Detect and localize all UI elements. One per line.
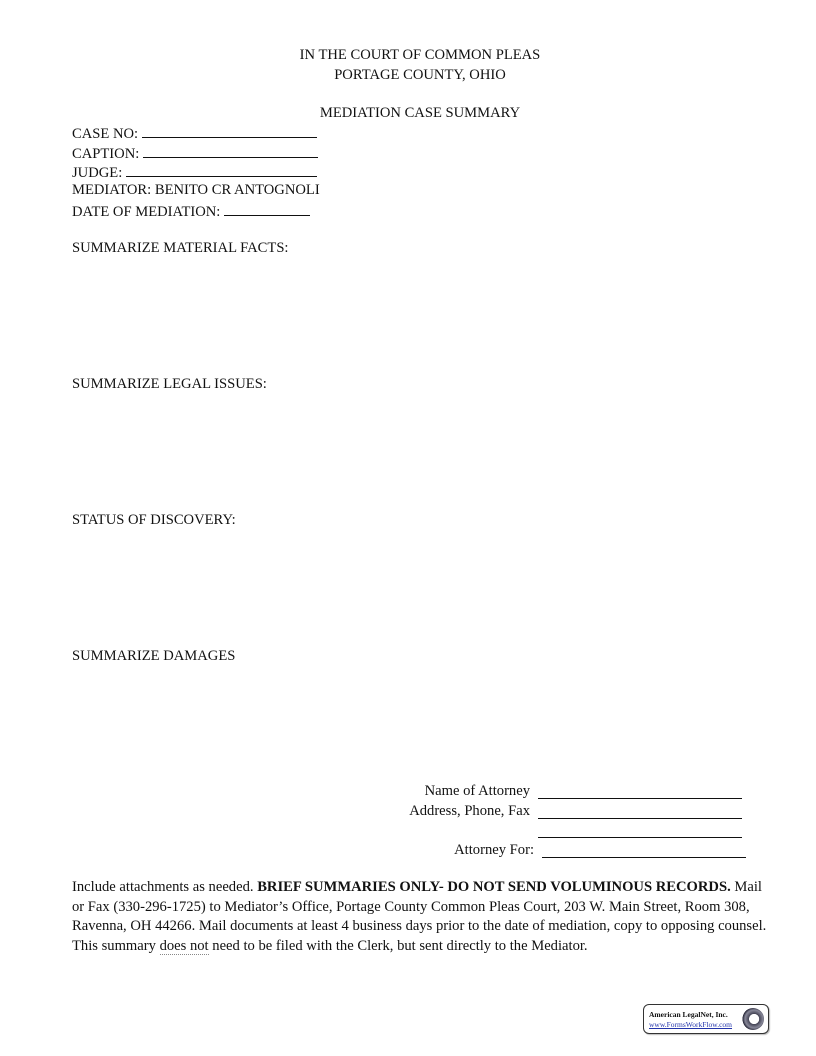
attorney-address-input-line2[interactable] <box>538 825 742 838</box>
case-number-input[interactable] <box>142 125 317 138</box>
county-name: PORTAGE COUNTY, OHIO <box>0 68 816 83</box>
footer-badge[interactable]: American LegalNet, Inc. www.FormsWorkFlo… <box>643 1004 769 1034</box>
caption-label: CAPTION: <box>72 146 139 162</box>
section-damages-heading: SUMMARIZE DAMAGES <box>72 649 235 664</box>
attorney-for-input[interactable] <box>542 845 746 858</box>
section-material-facts-heading: SUMMARIZE MATERIAL FACTS: <box>72 241 289 256</box>
instructions-paragraph: Include attachments as needed. BRIEF SUM… <box>72 878 772 956</box>
form-title: MEDIATION CASE SUMMARY <box>0 106 816 121</box>
caption-input[interactable] <box>143 145 318 158</box>
badge-company-name: American LegalNet, Inc. <box>649 1010 728 1019</box>
instructions-warning: BRIEF SUMMARIES ONLY- DO NOT SEND VOLUMI… <box>257 879 731 895</box>
attorney-address-input[interactable] <box>538 806 742 819</box>
section-discovery-heading: STATUS OF DISCOVERY: <box>72 513 236 528</box>
court-name: IN THE COURT OF COMMON PLEAS <box>0 48 816 63</box>
globe-logo-icon <box>742 1008 764 1030</box>
attorney-for-label: Attorney For: <box>380 843 534 858</box>
section-legal-issues-area[interactable] <box>72 398 752 498</box>
section-damages-area[interactable] <box>72 670 752 770</box>
judge-label: JUDGE: <box>72 165 122 181</box>
caption-field: CAPTION: <box>72 145 318 162</box>
mediation-date-field: DATE OF MEDIATION: <box>72 203 310 220</box>
mediator-label: MEDIATOR: BENITO CR ANTOGNOLI <box>72 182 320 198</box>
attorney-name-input[interactable] <box>538 786 742 799</box>
mediator-field: MEDIATOR: BENITO CR ANTOGNOLI <box>72 183 320 198</box>
badge-website-link[interactable]: www.FormsWorkFlow.com <box>649 1020 732 1029</box>
section-discovery-area[interactable] <box>72 534 752 634</box>
mediation-date-label: DATE OF MEDIATION: <box>72 204 220 220</box>
section-material-facts-area[interactable] <box>72 262 752 362</box>
mediation-date-input[interactable] <box>224 203 310 216</box>
attorney-name-label: Name of Attorney <box>380 784 530 799</box>
case-number-field: CASE NO: <box>72 125 317 142</box>
case-number-label: CASE NO: <box>72 126 138 142</box>
instructions-intro: Include attachments as needed. <box>72 879 257 895</box>
instructions-body-end: need to be filed with the Clerk, but sen… <box>209 938 588 954</box>
judge-input[interactable] <box>126 164 317 177</box>
judge-field: JUDGE: <box>72 164 317 181</box>
instructions-emphasis: does not <box>160 938 209 955</box>
section-legal-issues-heading: SUMMARIZE LEGAL ISSUES: <box>72 377 267 392</box>
attorney-address-label: Address, Phone, Fax <box>380 804 530 819</box>
